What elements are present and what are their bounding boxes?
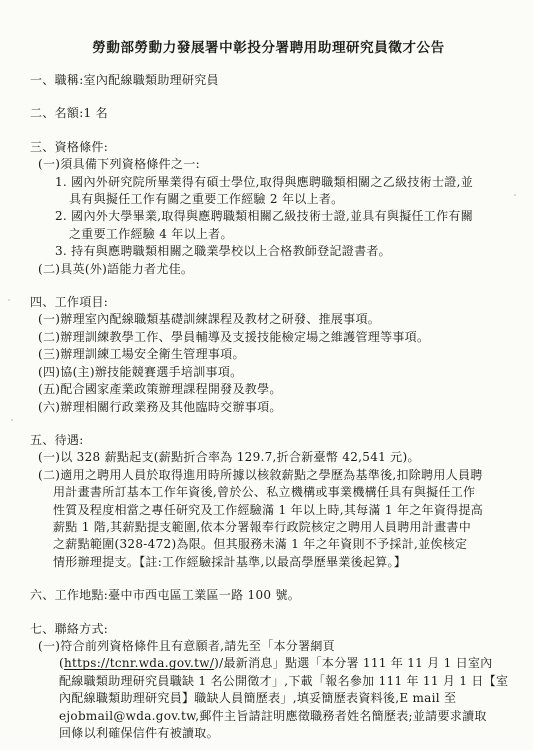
qualification-option-1: 1. 國內外研究院所畢業得有碩士學位,取得與應聘職類相關之乙級技術士證,並 <box>30 174 507 191</box>
qualification-option-1-cont: 具有與擬任工作有關之重要工作經驗 2 年以上者。 <box>30 191 507 208</box>
location-line: 六、工作地點:臺中市西屯區工業區一路 100 號。 <box>30 587 507 604</box>
salary-item-2: (二)適用之聘用人員於取得進用時所據以核敘薪點之學歷為基準後,扣除聘用人員聘 <box>30 467 507 484</box>
salary-heading: 五、待遇: <box>30 432 507 449</box>
section-location: 六、工作地點:臺中市西屯區工業區一路 100 號。 <box>30 587 507 604</box>
branch-website-link[interactable]: https://tcnr.wda.gov.tw/ <box>64 656 214 670</box>
section-contact: 七、聯絡方式: (一)符合前列資格條件且有意願者,請先至「本分署網頁 (http… <box>30 621 507 743</box>
qualification-option-2: 2. 國內外大學畢業,取得與應聘職類相關乙級技術士證,並具有與擬任工作有關 <box>30 208 507 225</box>
salary-item-1: (一)以 328 薪點起支(薪點折合率為 129.7,折合新臺幣 42,541 … <box>30 449 507 466</box>
duty-item-2: (二)辦理訓練教學工作、學員輔導及支援技能檢定場之維護管理等事項。 <box>30 329 507 346</box>
website-line-rest: )/最新消息」點選「本分署 111 年 11 月 1 日室內 <box>214 656 492 670</box>
qualification-option-3: 3. 持有與應聘職類相關之職業學校以上合格教師登記證書者。 <box>30 243 507 260</box>
job-title-line: 一、職稱:室內配線職類助理研究員 <box>30 72 507 89</box>
contact-item-1: (一)符合前列資格條件且有意願者,請先至「本分署網頁 <box>30 638 507 655</box>
qualification-item-2: (二)具英(外)語能力者尤佳。 <box>30 261 507 278</box>
contact-item-1-cont-2: 內配線職類助理研究員】職缺人員簡歷表」,填妥簡歷表資料後,E mail 至 <box>30 690 507 707</box>
section-salary: 五、待遇: (一)以 328 薪點起支(薪點折合率為 129.7,折合新臺幣 4… <box>30 432 507 571</box>
section-duties: 四、工作項目: (一)辦理室內配線職類基礎訓練課程及教材之研發、推展事項。 (二… <box>30 294 507 416</box>
qualification-item-1-head: (一)須具備下列資格條件之一: <box>30 156 507 173</box>
announcement-page: 勞動部勞動力發展署中彰投分署聘用助理研究員徵才公告 一、職稱:室內配線職類助理研… <box>0 0 533 750</box>
salary-item-2-cont-4: 之薪點範圍(328-472)為限。但其服務未滿 1 年之年資則不予採計,並俟核定 <box>30 536 507 553</box>
quota-line: 二、名額:1 名 <box>30 105 507 122</box>
contact-heading: 七、聯絡方式: <box>30 621 507 638</box>
salary-item-2-cont-2: 性質及程度相當之專任研究及工作經驗滿 1 年以上時,其每滿 1 年之年資得提高 <box>30 502 507 519</box>
salary-item-2-cont-1: 用計畫書所訂基本工作年資後,曾於公、私立機構或事業機構任具有與擬任工作 <box>30 484 507 501</box>
section-quota: 二、名額:1 名 <box>30 105 507 122</box>
duty-item-1: (一)辦理室內配線職類基礎訓練課程及教材之研發、推展事項。 <box>30 311 507 328</box>
duty-item-6: (六)辦理相關行政業務及其他臨時交辦事項。 <box>30 399 507 416</box>
website-line: (https://tcnr.wda.gov.tw/)/最新消息」點選「本分署 1… <box>30 655 507 672</box>
page-title: 勞動部勞動力發展署中彰投分署聘用助理研究員徵才公告 <box>30 36 507 56</box>
contact-item-1-cont-4: 回條以利確保信件有被讀取。 <box>30 725 507 742</box>
section-job-title: 一、職稱:室內配線職類助理研究員 <box>30 72 507 89</box>
salary-item-2-note: 情形辦理提支。【註:工作經驗採計基準,以最高學歷畢業後起算。】 <box>30 554 507 571</box>
contact-email-line: ejobmail@wda.gov.tw,郵件主旨請註明應徵職務者姓名簡歷表;並請… <box>30 708 507 725</box>
salary-item-2-cont-3: 薪點 1 階,其薪點提支範圍,依本分署報奉行政院核定之聘用人員聘用計畫書中 <box>30 519 507 536</box>
duty-item-5: (五)配合國家產業政策辦理課程開發及教學。 <box>30 381 507 398</box>
duty-item-4: (四)協(主)辦技能競賽選手培訓事項。 <box>30 364 507 381</box>
qualification-option-2-cont: 之重要工作經驗 4 年以上者。 <box>30 226 507 243</box>
qualifications-heading: 三、資格條件: <box>30 139 507 156</box>
contact-item-1-cont-1: 配線職類助理研究員職缺 1 名公開徵才」,下載「報名參加 111 年 11 月 … <box>30 673 507 690</box>
section-qualifications: 三、資格條件: (一)須具備下列資格條件之一: 1. 國內外研究院所畢業得有碩士… <box>30 139 507 278</box>
duties-heading: 四、工作項目: <box>30 294 507 311</box>
duty-item-3: (三)辦理訓練工場安全衛生管理事項。 <box>30 346 507 363</box>
